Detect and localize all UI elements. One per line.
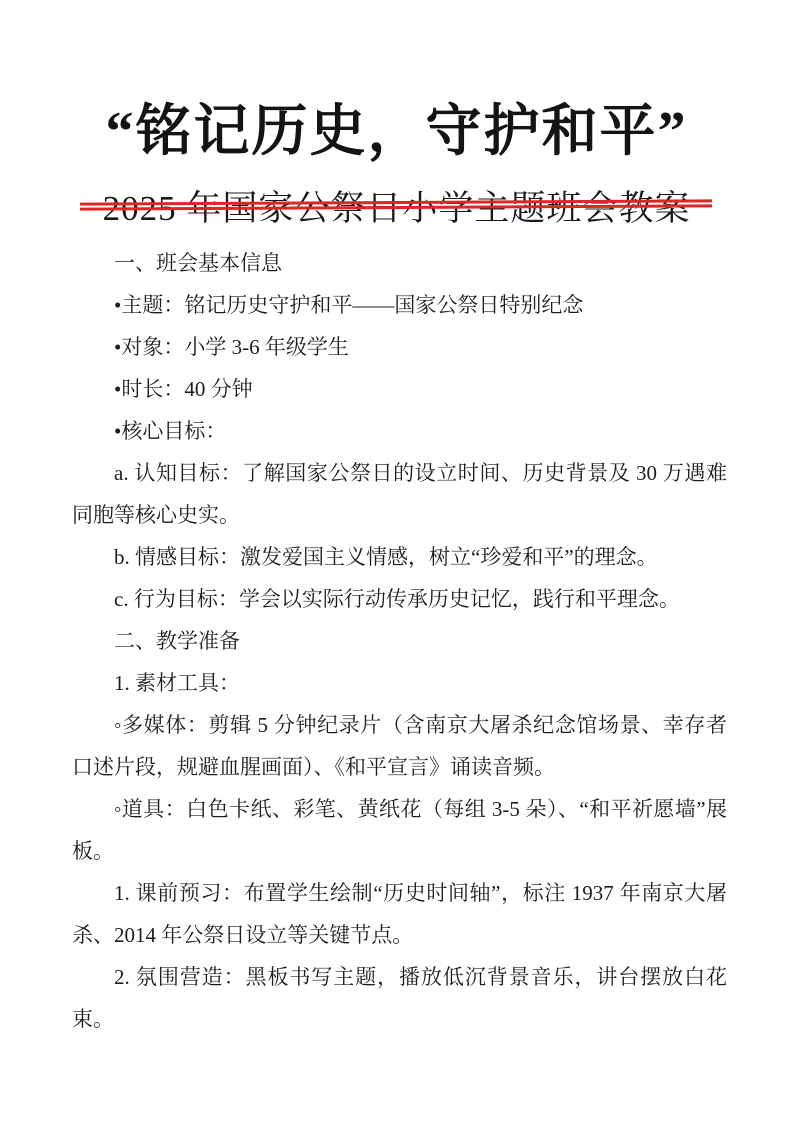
document-body: 一、班会基本信息•主题：铭记历史守护和平——国家公祭日特别纪念•对象：小学 3-… — [72, 242, 727, 1040]
paragraph: 2. 氛围营造：黑板书写主题，播放低沉背景音乐，讲台摆放白花束。 — [72, 956, 727, 1040]
paragraph: •核心目标： — [72, 410, 727, 452]
paragraph: a. 认知目标：了解国家公祭日的设立时间、历史背景及 30 万遇难同胞等核心史实… — [72, 452, 727, 536]
paragraph: b. 情感目标：激发爱国主义情感，树立“珍爱和平”的理念。 — [72, 536, 727, 578]
paragraph: •时长：40 分钟 — [72, 368, 727, 410]
paragraph: •对象：小学 3-6 年级学生 — [72, 326, 727, 368]
paragraph: ◦多媒体：剪辑 5 分钟纪录片（含南京大屠杀纪念馆场景、幸存者口述片段，规避血腥… — [72, 704, 727, 788]
paragraph: ◦道具：白色卡纸、彩笔、黄纸花（每组 3-5 朵）、“和平祈愿墙”展板。 — [72, 788, 727, 872]
paragraph: 1. 素材工具： — [72, 662, 727, 704]
paragraph: 一、班会基本信息 — [72, 242, 727, 284]
document-page: “铭记历史，守护和平” 2025 年国家公祭日小学主题班会教案 一、班会基本信息… — [0, 0, 793, 1122]
paragraph: 1. 课前预习：布置学生绘制“历史时间轴”，标注 1937 年南京大屠杀、201… — [72, 872, 727, 956]
document-title: “铭记历史，守护和平” — [0, 92, 793, 172]
paragraph: 二、教学准备 — [72, 620, 727, 662]
paragraph: •主题：铭记历史守护和平——国家公祭日特别纪念 — [72, 284, 727, 326]
document-subtitle: 2025 年国家公祭日小学主题班会教案 — [0, 184, 793, 234]
document-subtitle-block: 2025 年国家公祭日小学主题班会教案 — [0, 184, 793, 234]
paragraph: c. 行为目标：学会以实际行动传承历史记忆，践行和平理念。 — [72, 578, 727, 620]
